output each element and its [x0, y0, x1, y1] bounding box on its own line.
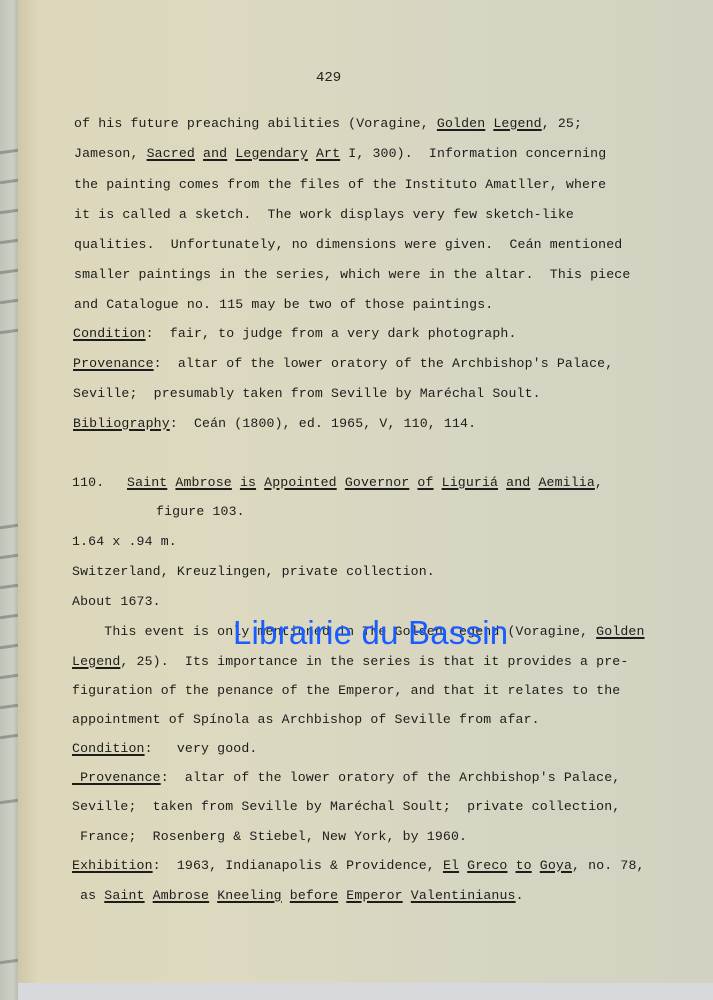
text: appointment of Spínola as Archbishop of … — [72, 712, 540, 727]
text — [209, 888, 217, 903]
underlined-text: Valentinianus — [411, 888, 516, 903]
page-bottom-edge — [18, 983, 713, 1000]
text — [507, 858, 515, 873]
text: it is called a sketch. The work displays… — [74, 207, 574, 222]
intro-line: smaller paintings in the series, which w… — [74, 267, 630, 282]
text — [256, 475, 264, 490]
underlined-text: of — [417, 475, 433, 490]
text: : 1963, Indianapolis & Providence, — [153, 858, 443, 873]
underlined-text: Saint — [127, 475, 167, 490]
text: . — [516, 888, 524, 903]
text — [403, 888, 411, 903]
text: the painting comes from the files of the… — [74, 177, 606, 192]
underlined-text: Appointed — [264, 475, 337, 490]
entry-110-figure: figure 103. — [156, 504, 245, 519]
underlined-text: Kneeling — [217, 888, 282, 903]
underlined-text: Legend — [72, 654, 120, 669]
text: as — [72, 888, 104, 903]
entry-110-dimensions: 1.64 x .94 m. — [72, 534, 177, 549]
intro-line: it is called a sketch. The work displays… — [74, 207, 574, 222]
entry-110-date: About 1673. — [72, 594, 161, 609]
text: 110. — [72, 475, 104, 490]
underlined-text: Ambrose — [153, 888, 209, 903]
entry-110-field: France; Rosenberg & Stiebel, New York, b… — [72, 829, 467, 844]
text: figure 103. — [156, 504, 245, 519]
underlined-text: before — [290, 888, 338, 903]
text: : Ceán (1800), ed. 1965, V, 110, 114. — [170, 416, 476, 431]
text: I, 300). Information concerning — [340, 146, 606, 161]
text — [532, 858, 540, 873]
underlined-text: Emperor — [346, 888, 402, 903]
entry-109-field: Provenance: altar of the lower oratory o… — [73, 356, 613, 371]
underlined-text: Sacred — [147, 146, 195, 161]
text — [195, 146, 203, 161]
underlined-text: Greco — [467, 858, 507, 873]
underlined-text: Condition — [73, 326, 146, 341]
text: , — [595, 475, 603, 490]
underlined-text: Saint — [104, 888, 144, 903]
underlined-text: Condition — [72, 741, 145, 756]
underlined-text: Provenance — [73, 356, 154, 371]
intro-line: of his future preaching abilities (Vorag… — [74, 116, 582, 131]
underlined-text: and — [506, 475, 530, 490]
underlined-text: Golden — [596, 624, 644, 639]
text — [232, 475, 240, 490]
text: Seville; taken from Seville by Maréchal … — [72, 799, 620, 814]
text: smaller paintings in the series, which w… — [74, 267, 630, 282]
text: France; Rosenberg & Stiebel, New York, b… — [72, 829, 467, 844]
text: and Catalogue no. 115 may be two of thos… — [74, 297, 493, 312]
underlined-text: Legend — [493, 116, 541, 131]
underlined-text: Governor — [345, 475, 410, 490]
entry-110-field: as Saint Ambrose Kneeling before Emperor… — [72, 888, 524, 903]
underlined-text: Golden — [437, 116, 485, 131]
entry-110-paragraph-line: figuration of the penance of the Emperor… — [72, 683, 620, 698]
text: of his future preaching abilities (Vorag… — [74, 116, 437, 131]
underlined-text: Liguriá — [442, 475, 498, 490]
underlined-text: Aemilia — [538, 475, 594, 490]
text: Jameson, — [74, 146, 147, 161]
intro-line: Jameson, Sacred and Legendary Art I, 300… — [74, 146, 606, 161]
entry-110-paragraph-line: Legend, 25). Its importance in the serie… — [72, 654, 628, 669]
underlined-text: Goya — [540, 858, 572, 873]
text — [434, 475, 442, 490]
underlined-text: and — [203, 146, 227, 161]
text: 1.64 x .94 m. — [72, 534, 177, 549]
underlined-text: Provenance — [72, 770, 161, 785]
text — [282, 888, 290, 903]
underlined-text: El — [443, 858, 459, 873]
entry-110-field: Provenance: altar of the lower oratory o… — [72, 770, 620, 785]
text: figuration of the penance of the Emperor… — [72, 683, 620, 698]
text — [498, 475, 506, 490]
previous-page-edge — [0, 0, 18, 1000]
text — [459, 858, 467, 873]
text — [145, 888, 153, 903]
text: : fair, to judge from a very dark photog… — [146, 326, 517, 341]
text: , no. 78, — [572, 858, 645, 873]
entry-110-paragraph-line: appointment of Spínola as Archbishop of … — [72, 712, 540, 727]
entry-109-field: Condition: fair, to judge from a very da… — [73, 326, 517, 341]
text: , 25; — [542, 116, 582, 131]
text: , 25). Its importance in the series is t… — [120, 654, 628, 669]
text: Seville; presumably taken from Seville b… — [73, 386, 541, 401]
intro-line: the painting comes from the files of the… — [74, 177, 606, 192]
underlined-text: Ambrose — [175, 475, 231, 490]
underlined-text: Bibliography — [73, 416, 170, 431]
text — [337, 475, 345, 490]
text — [308, 146, 316, 161]
entry-110-location: Switzerland, Kreuzlingen, private collec… — [72, 564, 435, 579]
entry-110-number: 110. — [72, 475, 104, 490]
text: : altar of the lower oratory of the Arch… — [161, 770, 621, 785]
text: : very good. — [145, 741, 258, 756]
watermark: Librairie du Bassin — [233, 614, 508, 652]
text: qualities. Unfortunately, no dimensions … — [74, 237, 622, 252]
intro-line: and Catalogue no. 115 may be two of thos… — [74, 297, 493, 312]
entry-110-field: Seville; taken from Seville by Maréchal … — [72, 799, 620, 814]
text: : altar of the lower oratory of the Arch… — [154, 356, 614, 371]
underlined-text: to — [516, 858, 532, 873]
entry-109-field: Seville; presumably taken from Seville b… — [73, 386, 541, 401]
text: Switzerland, Kreuzlingen, private collec… — [72, 564, 435, 579]
underlined-text: Exhibition — [72, 858, 153, 873]
entry-109-field: Bibliography: Ceán (1800), ed. 1965, V, … — [73, 416, 476, 431]
entry-110-field: Condition: very good. — [72, 741, 257, 756]
page-number: 429 — [316, 70, 341, 86]
text: About 1673. — [72, 594, 161, 609]
entry-110-field: Exhibition: 1963, Indianapolis & Provide… — [72, 858, 645, 873]
underlined-text: Art — [316, 146, 340, 161]
underlined-text: Legendary — [235, 146, 308, 161]
underlined-text: is — [240, 475, 256, 490]
entry-110-title: Saint Ambrose is Appointed Governor of L… — [127, 475, 603, 490]
intro-line: qualities. Unfortunately, no dimensions … — [74, 237, 622, 252]
